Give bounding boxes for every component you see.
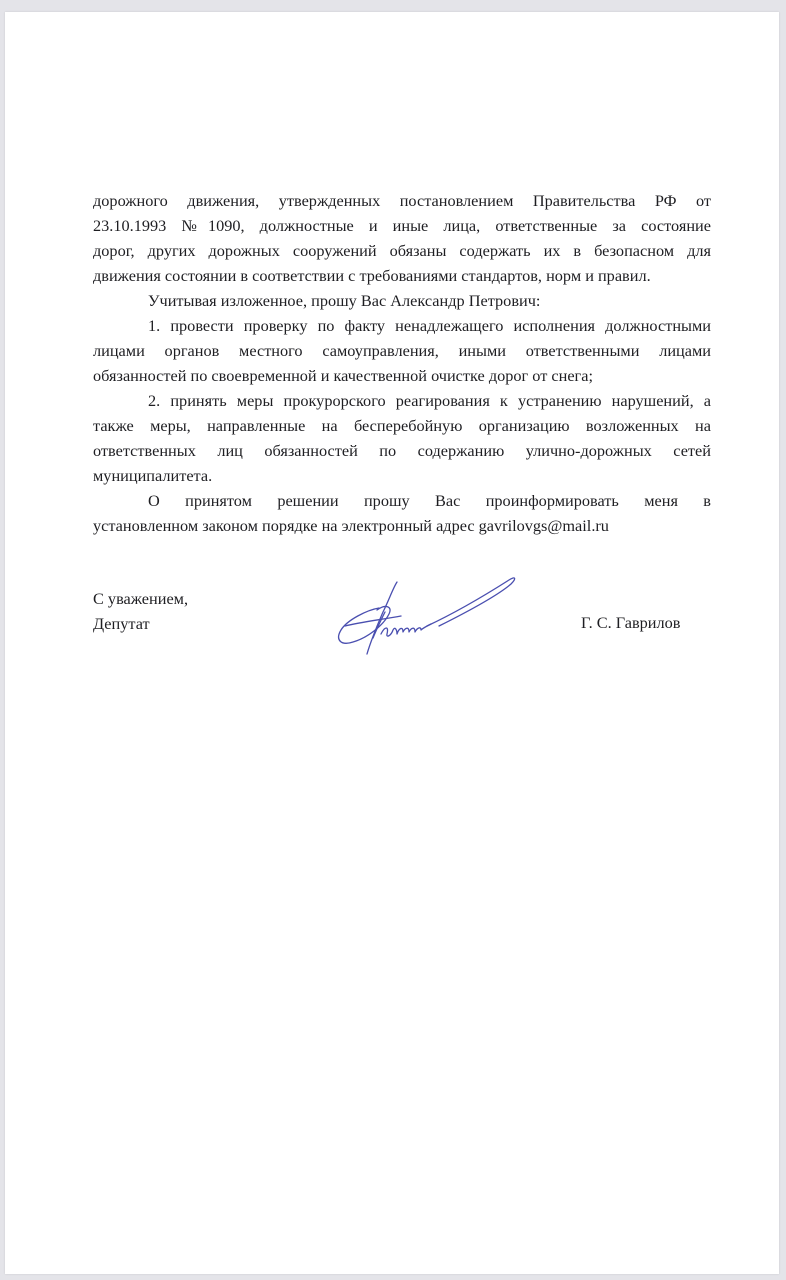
handwritten-signature — [327, 568, 527, 658]
text-line: движения состоянии в соответствии с треб… — [93, 263, 711, 288]
paragraph-request-item-2: 2. принять меры прокурорского реагирован… — [93, 388, 711, 488]
signer-name: Г. С. Гаврилов — [581, 610, 680, 635]
signer-position: Депутат — [93, 611, 188, 636]
text-line: лицами органов местного самоуправления, … — [93, 338, 711, 363]
text-line: 1. провести проверку по факту ненадлежащ… — [93, 313, 711, 338]
text-line: также меры, направленные на бесперебойну… — [93, 413, 711, 438]
salutation: С уважением, — [93, 586, 188, 611]
text-line: дорог, других дорожных сооружений обязан… — [93, 238, 711, 263]
letter-body: дорожного движения, утвержденных постано… — [93, 188, 711, 538]
text-line: О принятом решении прошу Вас проинформир… — [93, 488, 711, 513]
paragraph-response-request: О принятом решении прошу Вас проинформир… — [93, 488, 711, 538]
paragraph-request-item-1: 1. провести проверку по факту ненадлежащ… — [93, 313, 711, 388]
paragraph-road-rules: дорожного движения, утвержденных постано… — [93, 188, 711, 288]
closing-block: С уважением, Депутат — [93, 586, 188, 636]
text-line: обязанностей по своевременной и качестве… — [93, 363, 711, 388]
text-line: дорожного движения, утвержденных постано… — [93, 188, 711, 213]
document-page: дорожного движения, утвержденных постано… — [5, 12, 779, 1274]
text-line: 23.10.1993 №1090, должностные и иные лиц… — [93, 213, 711, 238]
text-line: муниципалитета. — [93, 463, 711, 488]
text-line: 2. принять меры прокурорского реагирован… — [93, 388, 711, 413]
paragraph-request-intro: Учитывая изложенное, прошу Вас Александр… — [93, 288, 711, 313]
email-line: установленном законом порядке на электро… — [93, 513, 711, 538]
text-line: ответственных лиц обязанностей по содерж… — [93, 438, 711, 463]
